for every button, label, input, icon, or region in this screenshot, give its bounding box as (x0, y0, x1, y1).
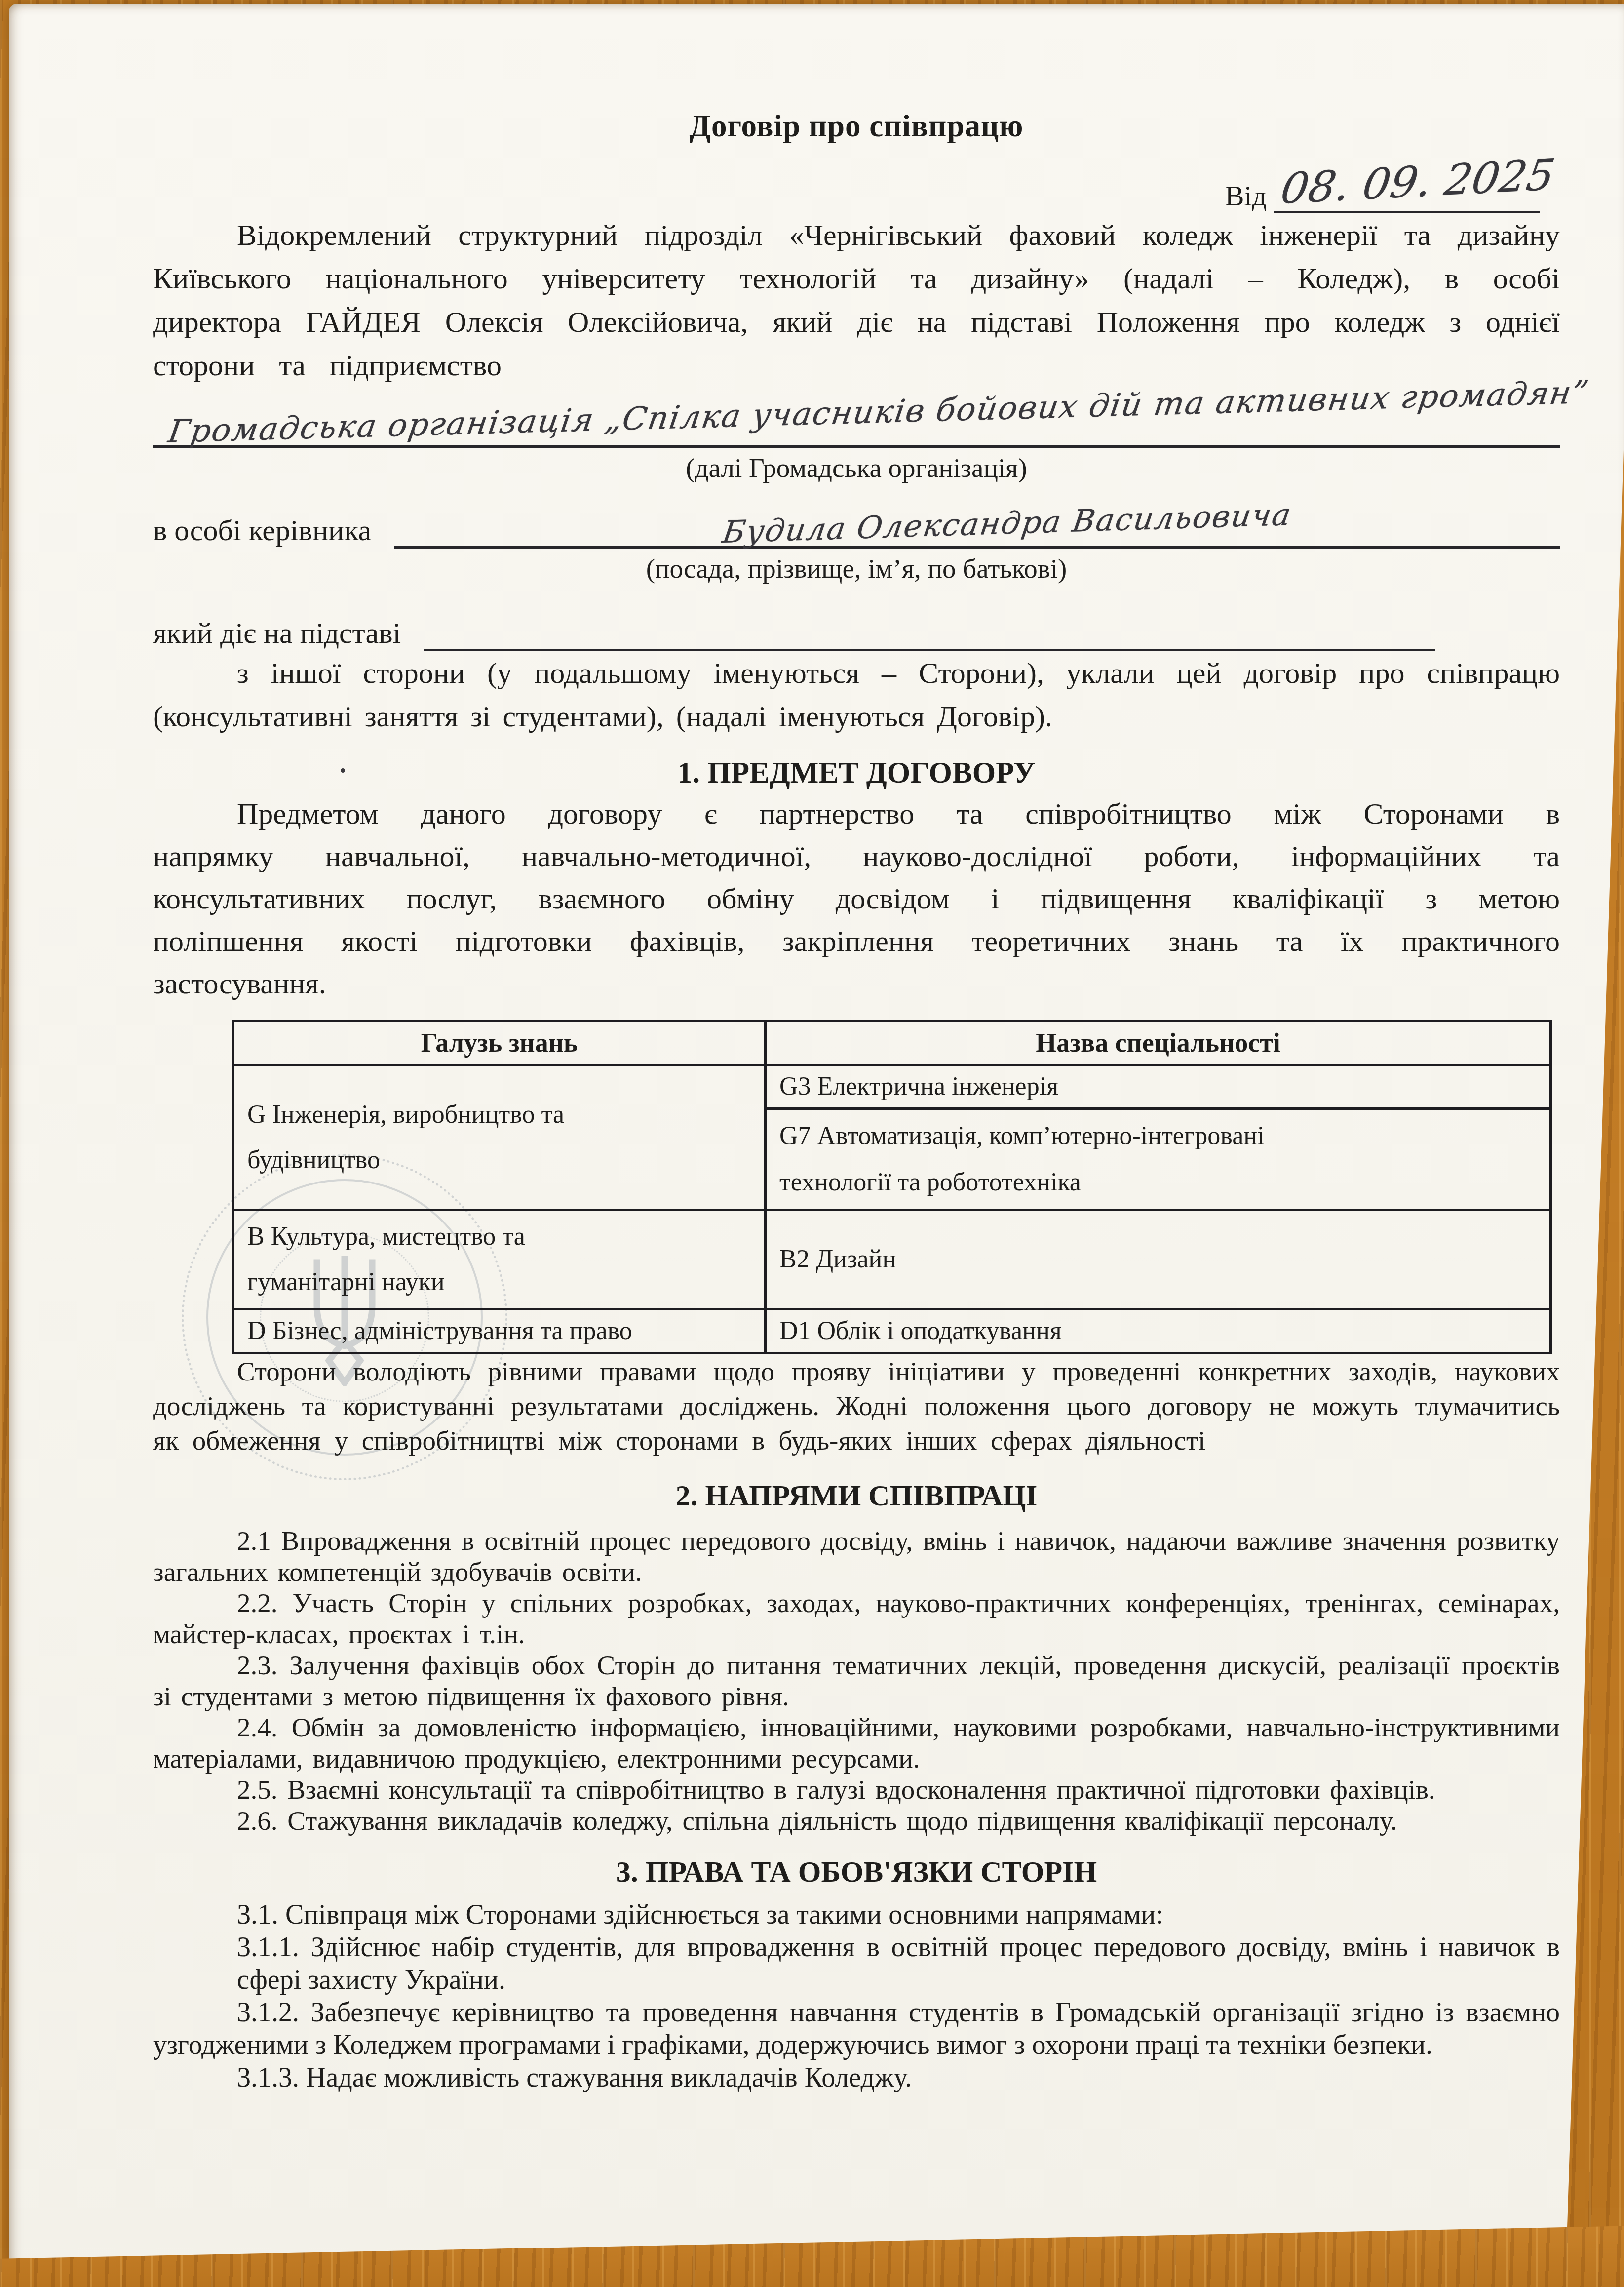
organization-caption: (далі Громадська організація) (153, 452, 1560, 484)
clause-2-4: 2.4. Обмін за домовленістю інформацією, … (153, 1712, 1560, 1774)
head-label: в особі керівника (153, 512, 394, 549)
specialty-cell: B2 Дизайн (766, 1210, 1551, 1309)
handwritten-head-name: Будила Олександра Васильовича (720, 496, 1294, 550)
desk-background: { "document": { "title": "Договір про сп… (0, 0, 1624, 2287)
document-title: Договір про співпрацю (153, 107, 1560, 145)
section2-items: 2.1 Впровадження в освітній процес перед… (153, 1525, 1560, 1836)
head-caption: (посада, прізвище, ім’я, по батькові) (153, 552, 1560, 585)
section2-heading: 2. НАПРЯМИ СПІВПРАЦІ (153, 1477, 1560, 1514)
clause-3-1-2: 3.1.2. Забезпечує керівництво та проведе… (153, 1996, 1560, 2061)
clause-3-1: 3.1. Співпраця між Сторонами здійснюєтьс… (153, 1898, 1560, 1931)
scanned-contract-page: Договір про співпрацю Від 08. 09. 2025 В… (9, 4, 1624, 2267)
column-header-specialty: Назва спеціальності (766, 1021, 1551, 1065)
parties-paragraph: з іншої сторони (у подальшому іменуються… (153, 651, 1560, 738)
handwritten-date: 08. 09. 2025 (1277, 151, 1558, 214)
table-row: G Інженерія, виробництво та будівництво … (233, 1065, 1551, 1109)
table-row: B Культура, мистецтво та гуманітарні нау… (233, 1210, 1551, 1309)
section3-items: 3.1. Співпраця між Сторонами здійснюєтьс… (153, 1898, 1560, 2094)
section1-heading: 1. ПРЕДМЕТ ДОГОВОРУ (153, 754, 1560, 792)
document-content: Договір про співпрацю Від 08. 09. 2025 В… (9, 4, 1624, 2094)
clause-2-5: 2.5. Взаємні консультації та співробітни… (153, 1774, 1560, 1805)
table-row: D Бізнес, адміністрування та право D1 Об… (233, 1309, 1551, 1353)
field-cell: G Інженерія, виробництво та будівництво (233, 1065, 766, 1210)
clause-3-1-3: 3.1.3. Надає можливість стажування викла… (153, 2061, 1560, 2094)
basis-label: який діє на підставі (153, 615, 424, 651)
table-header-row: Галузь знань Назва спеціальності (233, 1021, 1551, 1065)
date-blank-line: 08. 09. 2025 (1274, 163, 1540, 213)
equality-paragraph: Сторони володіють рівними правами щодо п… (153, 1354, 1560, 1458)
clause-2-1: 2.1 Впровадження в освітній процес перед… (153, 1525, 1560, 1587)
date-row: Від 08. 09. 2025 (153, 162, 1540, 213)
specialty-cell: G7 Автоматизація, комп’ютерно-інтегрован… (766, 1109, 1551, 1210)
organization-blank-line: Громадська організація „Спілка учасників… (153, 398, 1560, 448)
specialties-table: Галузь знань Назва спеціальності G Інжен… (232, 1020, 1552, 1354)
clause-3-1-1: 3.1.1. Здійснює набір студентів, для впр… (153, 1931, 1560, 1996)
date-label: Від (1225, 179, 1274, 213)
clause-2-6: 2.6. Стажування викладачів коледжу, спіл… (153, 1805, 1560, 1836)
specialty-cell: G3 Електрична інженерія (766, 1065, 1551, 1109)
field-cell: B Культура, мистецтво та гуманітарні нау… (233, 1210, 766, 1309)
specialty-cell: D1 Облік і оподаткування (766, 1309, 1551, 1353)
basis-row: який діє на підставі (153, 606, 1560, 651)
head-blank-line: Будила Олександра Васильовича (394, 499, 1560, 549)
field-cell: D Бізнес, адміністрування та право (233, 1309, 766, 1353)
column-header-field: Галузь знань (233, 1021, 766, 1065)
intro-paragraph: Відокремлений структурний підрозділ «Чер… (153, 213, 1560, 387)
section3-heading: 3. ПРАВА ТА ОБОВ'ЯЗКИ СТОРІН (153, 1853, 1560, 1891)
clause-2-2: 2.2. Участь Сторін у спільних розробках,… (153, 1587, 1560, 1650)
clause-2-3: 2.3. Залучення фахівців обох Сторін до п… (153, 1650, 1560, 1712)
basis-blank-line (424, 606, 1435, 651)
head-of-org-row: в особі керівника Будила Олександра Васи… (153, 499, 1560, 549)
section1-paragraph: Предметом даного договору є партнерство … (153, 792, 1560, 1005)
